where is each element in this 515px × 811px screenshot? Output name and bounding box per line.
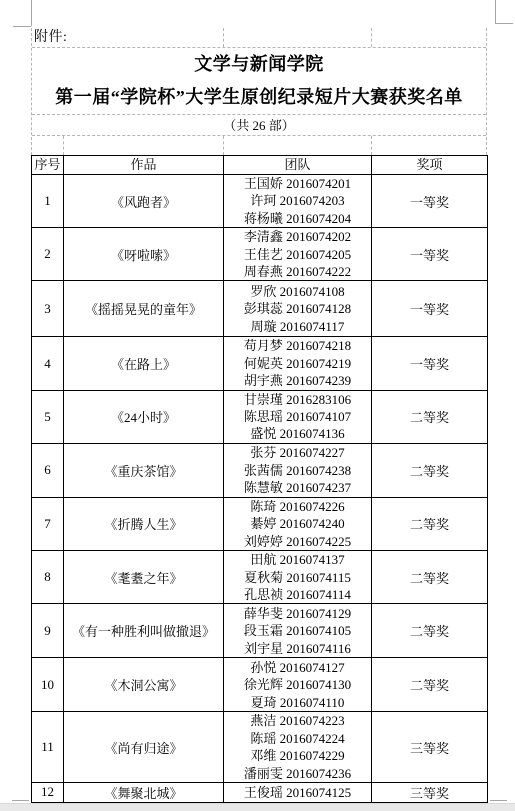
team-member-line: 燕洁 2016074223 xyxy=(224,712,371,729)
team-member-line: 孙悦 2016074127 xyxy=(224,659,371,676)
team-member-line: 苟月梦 2016074218 xyxy=(224,337,371,354)
gridline-dashed xyxy=(223,28,224,47)
cell-no: 10 xyxy=(32,658,64,712)
table-row: 7 《折腾人生》 陈琦 2016074226 綦婷 2016074240 刘婷婷… xyxy=(32,497,488,550)
cell-team: 燕洁 2016074223 陈瑶 2016074224 邓维 201607422… xyxy=(224,712,372,783)
team-member-line: 徐光辉 2016074130 xyxy=(224,676,371,693)
cell-team: 田航 2016074137 夏秋菊 2016074115 孔思祯 2016074… xyxy=(224,551,372,604)
cell-award: 二等奖 xyxy=(372,497,488,550)
cell-no: 5 xyxy=(32,390,64,443)
table-header-row: 序号 作品 团队 奖项 xyxy=(32,156,488,175)
header-cell-award: 奖项 xyxy=(372,156,488,175)
cell-team: 苟月梦 2016074218 何妮英 2016074219 胡宇燕 201607… xyxy=(224,337,372,390)
team-member-line: 蒋杨曦 2016074204 xyxy=(224,210,371,227)
header-cell-no: 序号 xyxy=(32,156,64,175)
team-member-line: 段玉霜 2016074105 xyxy=(224,622,371,639)
crop-mark-top-left-horizontal xyxy=(13,26,31,27)
cell-work: 《折腾人生》 xyxy=(64,497,224,550)
crop-mark-bottom-left xyxy=(12,800,29,801)
cell-no: 3 xyxy=(32,281,64,337)
team-member-line: 周春燕 2016074222 xyxy=(224,263,371,280)
cell-team: 王国娇 2016074201 许珂 2016074203 蒋杨曦 2016074… xyxy=(224,175,372,228)
cell-no: 6 xyxy=(32,443,64,497)
team-member-line: 王国娇 2016074201 xyxy=(224,175,371,192)
table-row: 5 《24小时》 甘崇瑾 2016283106 陈思瑶 2016074107 盛… xyxy=(32,390,488,443)
doc-title-line1: 文学与新闻学院 xyxy=(32,48,486,81)
document-page: 附件: 文学与新闻学院 第一届“学院杯”大学生原创纪录短片大赛获奖名单 （共 2… xyxy=(0,0,515,811)
table-row: 10 《木洞公寓》 孙悦 2016074127 徐光辉 2016074130 夏… xyxy=(32,658,488,712)
cell-award: 二等奖 xyxy=(372,658,488,712)
cell-award: 一等奖 xyxy=(372,228,488,281)
attachment-label: 附件: xyxy=(32,30,67,45)
cell-award: 二等奖 xyxy=(372,604,488,658)
team-member-line: 夏秋菊 2016074115 xyxy=(224,569,371,586)
cell-work: 《呀啦嗦》 xyxy=(64,228,224,281)
cell-work: 《舞聚北城》 xyxy=(64,782,224,802)
cell-award: 三等奖 xyxy=(372,782,488,802)
table-row: 6 《重庆茶馆》 张芬 2016074227 张茜儒 2016074238 陈慧… xyxy=(32,443,488,497)
gridline-dashed xyxy=(63,136,64,155)
team-member-line: 陈思瑶 2016074107 xyxy=(224,408,371,425)
gridline-dashed xyxy=(371,136,372,155)
cell-team: 陈琦 2016074226 綦婷 2016074240 刘婷婷 20160742… xyxy=(224,497,372,550)
header-cell-work: 作品 xyxy=(64,156,224,175)
cell-work: 《摇摇晃晃的童年》 xyxy=(64,281,224,337)
cell-award: 二等奖 xyxy=(372,390,488,443)
team-member-line: 盛悦 2016074136 xyxy=(224,425,371,442)
table-row: 11 《尚有归途》 燕洁 2016074223 陈瑶 2016074224 邓维… xyxy=(32,712,488,783)
team-member-line: 陈琦 2016074226 xyxy=(224,498,371,515)
subtitle-row: （共 26 部） xyxy=(32,115,486,136)
cell-work: 《风跑者》 xyxy=(64,175,224,228)
team-member-line: 刘宇星 2016074116 xyxy=(224,640,371,657)
cell-work: 《木洞公寓》 xyxy=(64,658,224,712)
cell-no: 9 xyxy=(32,604,64,658)
attachment-row: 附件: xyxy=(32,28,486,48)
team-member-line: 田航 2016074137 xyxy=(224,551,371,568)
crop-mark-top-left-vertical xyxy=(31,0,32,26)
table-row: 9 《有一种胜利叫做撤退》 薛华斐 2016074129 段玉霜 2016074… xyxy=(32,604,488,658)
cell-team: 王俊瑶 2016074125 xyxy=(224,782,372,802)
team-member-line: 周璇 2016074117 xyxy=(224,318,371,335)
team-member-line: 邓维 2016074229 xyxy=(224,747,371,764)
table-row: 2 《呀啦嗦》 李清鑫 2016074202 王佳艺 2016074205 周春… xyxy=(32,228,488,281)
team-member-line: 张茜儒 2016074238 xyxy=(224,462,371,479)
team-member-line: 罗欣 2016074108 xyxy=(224,283,371,300)
team-member-line: 李清鑫 2016074202 xyxy=(224,228,371,245)
cell-no: 7 xyxy=(32,497,64,550)
team-member-line: 薛华斐 2016074129 xyxy=(224,605,371,622)
awards-table: 序号 作品 团队 奖项 1 《风跑者》 王国娇 2016074201 许珂 20… xyxy=(31,155,488,803)
cell-work: 《重庆茶馆》 xyxy=(64,443,224,497)
team-member-line: 甘崇瑾 2016283106 xyxy=(224,391,371,408)
cell-team: 罗欣 2016074108 彭琪蕊 2016074128 周璇 20160741… xyxy=(224,281,372,337)
crop-mark-bottom-right xyxy=(490,800,507,801)
table-row: 4 《在路上》 苟月梦 2016074218 何妮英 2016074219 胡宇… xyxy=(32,337,488,390)
table-row: 12 《舞聚北城》 王俊瑶 2016074125 三等奖 xyxy=(32,782,488,802)
cell-award: 一等奖 xyxy=(372,281,488,337)
title-row: 文学与新闻学院 第一届“学院杯”大学生原创纪录短片大赛获奖名单 xyxy=(32,48,486,115)
team-member-line: 夏琦 2016074110 xyxy=(224,694,371,711)
cell-work: 《有一种胜利叫做撤退》 xyxy=(64,604,224,658)
cell-no: 12 xyxy=(32,782,64,802)
team-member-line: 王佳艺 2016074205 xyxy=(224,246,371,263)
cell-work: 《耄耋之年》 xyxy=(64,551,224,604)
team-member-line: 张芬 2016074227 xyxy=(224,444,371,461)
team-member-line: 何妮英 2016074219 xyxy=(224,355,371,372)
cell-no: 2 xyxy=(32,228,64,281)
cell-team: 张芬 2016074227 张茜儒 2016074238 陈慧敏 2016074… xyxy=(224,443,372,497)
cell-team: 薛华斐 2016074129 段玉霜 2016074105 刘宇星 201607… xyxy=(224,604,372,658)
cell-no: 11 xyxy=(32,712,64,783)
cell-team: 甘崇瑾 2016283106 陈思瑶 2016074107 盛悦 2016074… xyxy=(224,390,372,443)
team-member-line: 彭琪蕊 2016074128 xyxy=(224,300,371,317)
team-member-line: 綦婷 2016074240 xyxy=(224,515,371,532)
document-content: 附件: 文学与新闻学院 第一届“学院杯”大学生原创纪录短片大赛获奖名单 （共 2… xyxy=(31,28,487,803)
team-member-line: 潘丽雯 2016074236 xyxy=(224,765,371,782)
cell-award: 二等奖 xyxy=(372,551,488,604)
cell-team: 李清鑫 2016074202 王佳艺 2016074205 周春燕 201607… xyxy=(224,228,372,281)
doc-subtitle: （共 26 部） xyxy=(32,115,486,136)
gridline-dashed xyxy=(371,28,372,47)
team-member-line: 陈瑶 2016074224 xyxy=(224,730,371,747)
team-member-line: 孔思祯 2016074114 xyxy=(224,586,371,603)
cell-no: 8 xyxy=(32,551,64,604)
table-row: 1 《风跑者》 王国娇 2016074201 许珂 2016074203 蒋杨曦… xyxy=(32,175,488,228)
table-row: 3 《摇摇晃晃的童年》 罗欣 2016074108 彭琪蕊 2016074128… xyxy=(32,281,488,337)
cell-no: 1 xyxy=(32,175,64,228)
gridline-dashed xyxy=(223,136,224,155)
team-member-line: 刘婷婷 2016074225 xyxy=(224,533,371,550)
cell-award: 三等奖 xyxy=(372,712,488,783)
team-member-line: 许珂 2016074203 xyxy=(224,192,371,209)
page-bottom-gap xyxy=(0,803,515,811)
cell-work: 《24小时》 xyxy=(64,390,224,443)
doc-title-line2: 第一届“学院杯”大学生原创纪录短片大赛获奖名单 xyxy=(32,81,486,114)
title-block: 附件: 文学与新闻学院 第一届“学院杯”大学生原创纪录短片大赛获奖名单 （共 2… xyxy=(31,28,487,155)
cell-award: 一等奖 xyxy=(372,337,488,390)
cell-no: 4 xyxy=(32,337,64,390)
table-row: 8 《耄耋之年》 田航 2016074137 夏秋菊 2016074115 孔思… xyxy=(32,551,488,604)
team-member-line: 王俊瑶 2016074125 xyxy=(224,784,371,801)
crop-mark-top-right-horizontal xyxy=(495,23,513,24)
cell-award: 二等奖 xyxy=(372,443,488,497)
team-member-line: 陈慧敏 2016074237 xyxy=(224,479,371,496)
cell-work: 《在路上》 xyxy=(64,337,224,390)
cell-award: 一等奖 xyxy=(372,175,488,228)
cell-work: 《尚有归途》 xyxy=(64,712,224,783)
team-member-line: 胡宇燕 2016074239 xyxy=(224,372,371,389)
crop-mark-top-right-vertical xyxy=(495,0,496,24)
header-cell-team: 团队 xyxy=(224,156,372,175)
cell-team: 孙悦 2016074127 徐光辉 2016074130 夏琦 20160741… xyxy=(224,658,372,712)
empty-grid-row xyxy=(32,136,486,155)
